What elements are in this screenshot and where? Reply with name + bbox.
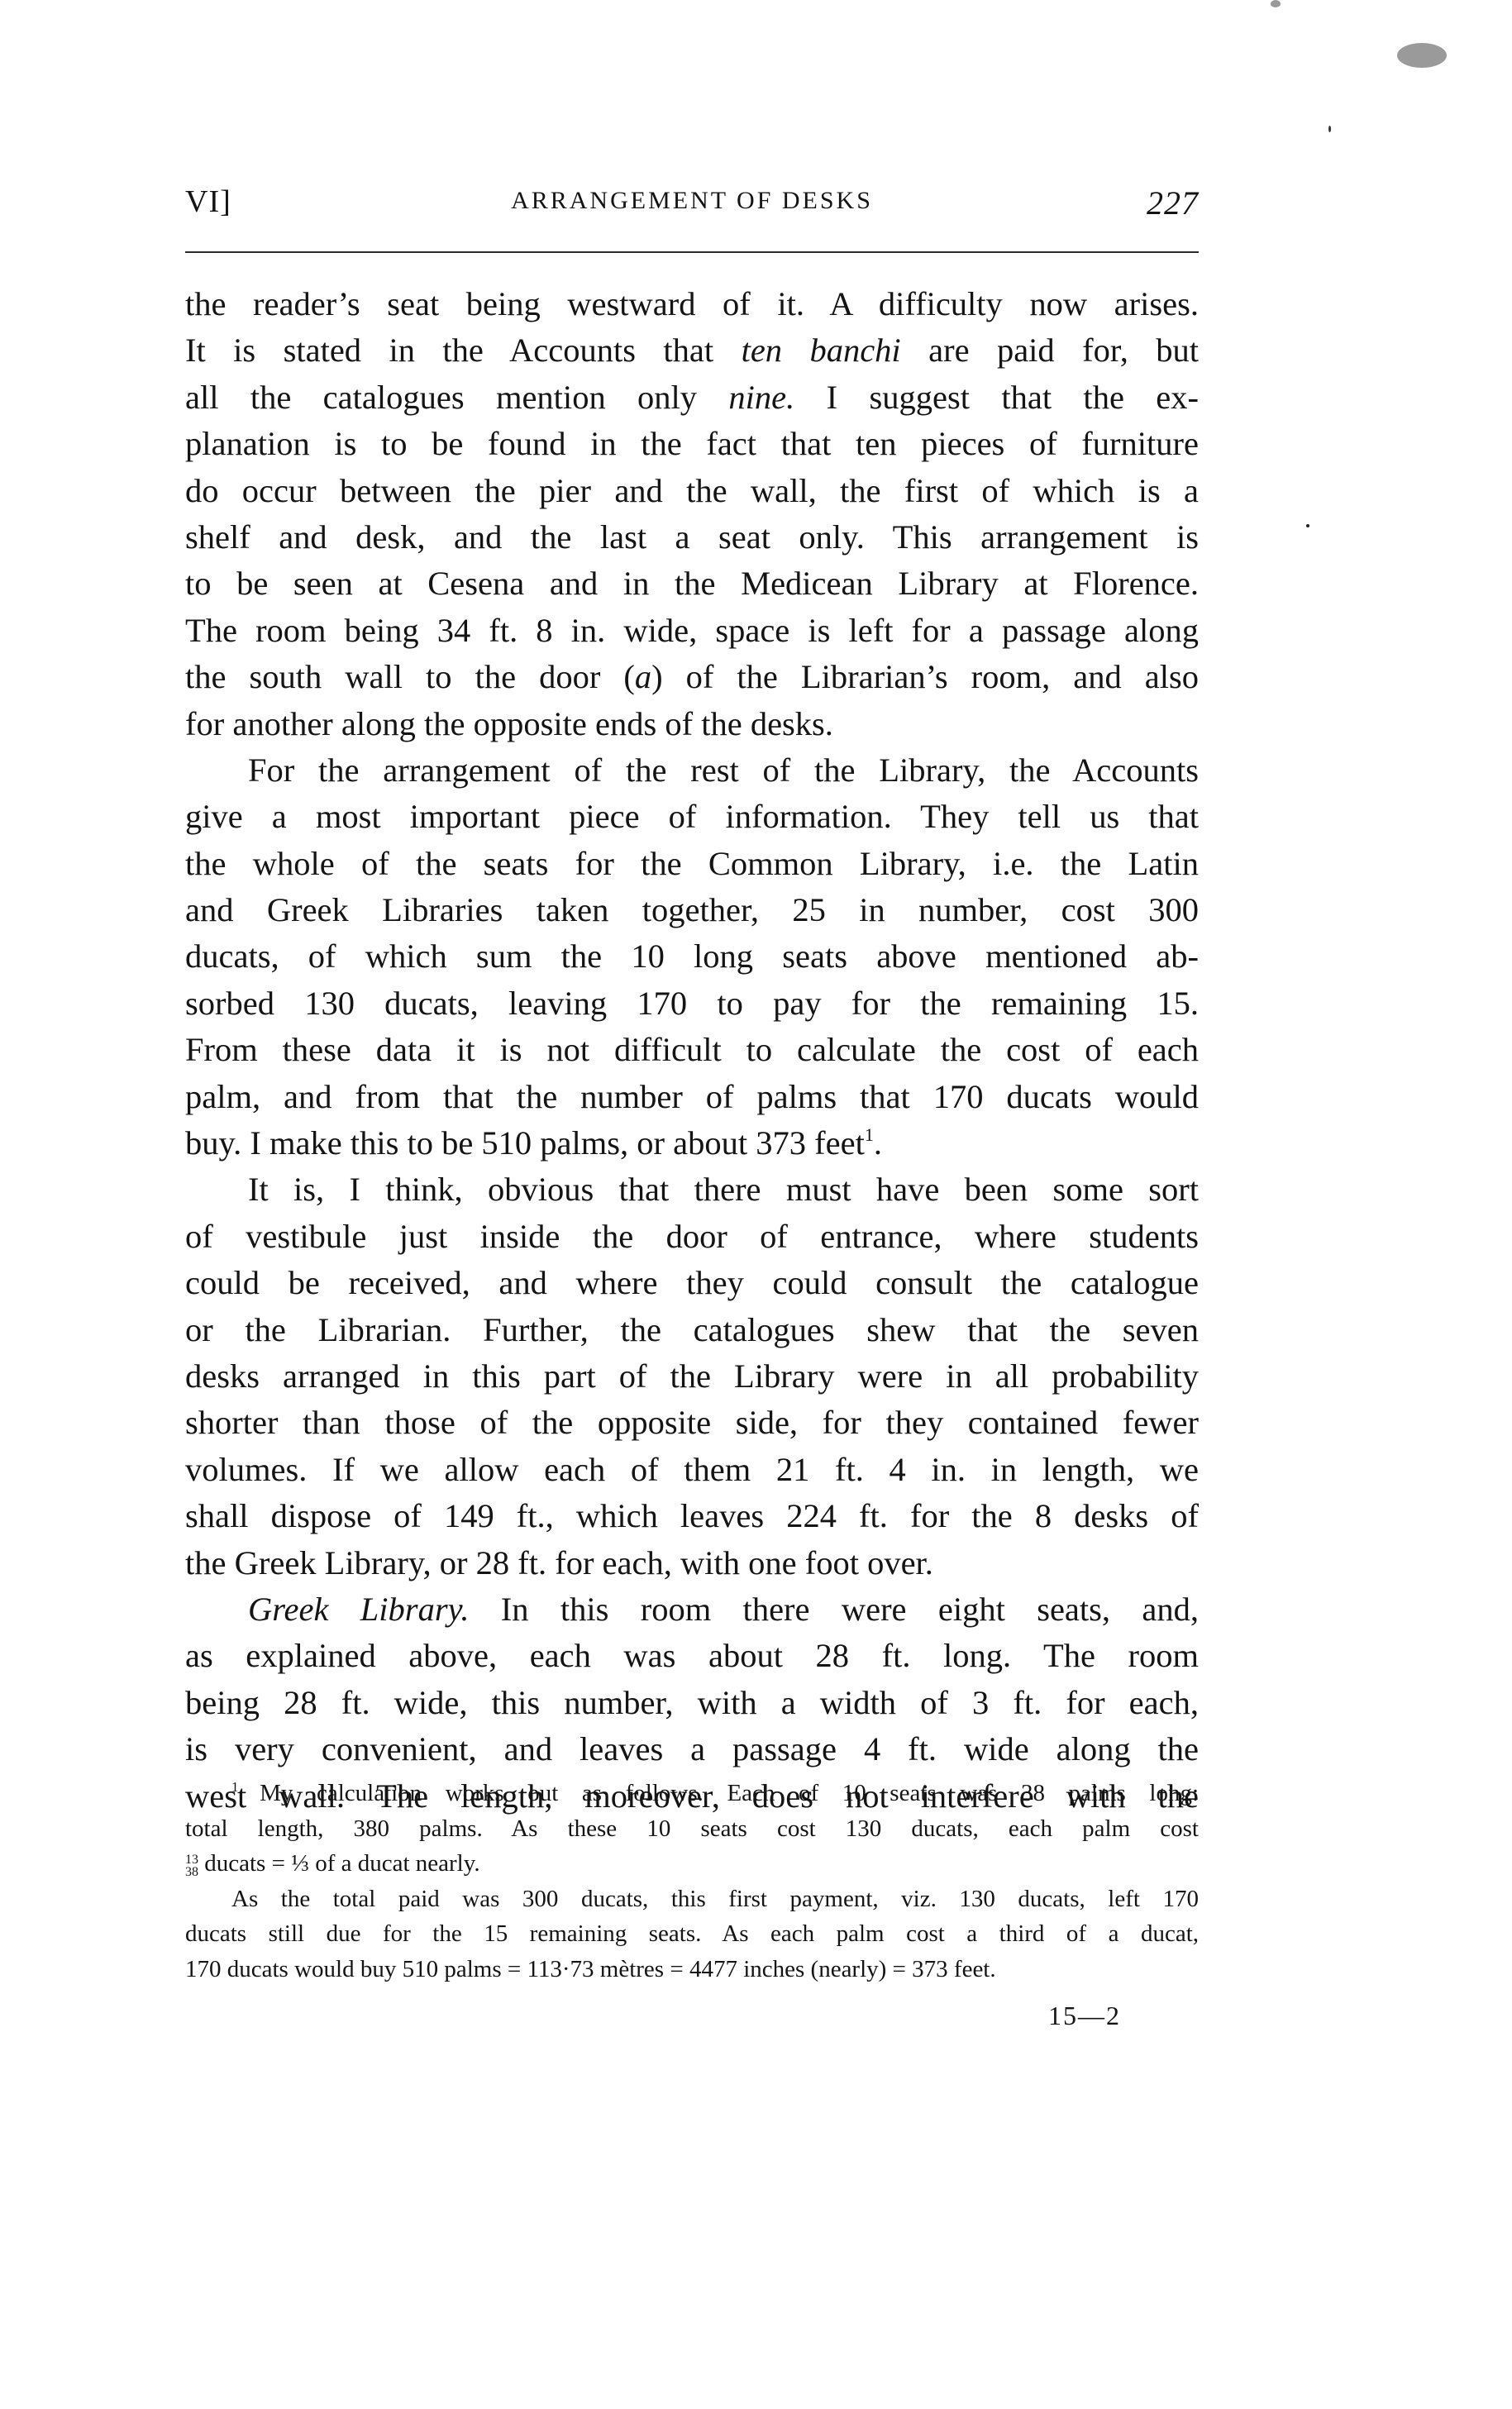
text-line: palm, and from that the number of palms … bbox=[185, 1074, 1199, 1120]
text-line: shorter than those of the opposite side,… bbox=[185, 1400, 1199, 1446]
paragraph: the reader’s seat being westward of it. … bbox=[185, 281, 1199, 747]
text-line: to be seen at Cesena and in the Medicean… bbox=[185, 561, 1199, 607]
italic-text: a bbox=[635, 658, 651, 695]
body-text: the reader’s seat being westward of it. … bbox=[185, 281, 1199, 1820]
text-line: the reader’s seat being westward of it. … bbox=[185, 281, 1199, 327]
text-line: the south wall to the door (a) of the Li… bbox=[185, 654, 1199, 700]
text-line: is very convenient, and leaves a passage… bbox=[185, 1726, 1199, 1772]
running-title: ARRANGEMENT OF DESKS bbox=[185, 187, 1199, 215]
text-line: the Greek Library, or 28 ft. for each, w… bbox=[185, 1540, 1199, 1586]
text-line: give a most important piece of informati… bbox=[185, 794, 1199, 840]
scan-speck bbox=[1271, 0, 1281, 7]
text-line: desks arranged in this part of the Libra… bbox=[185, 1353, 1199, 1400]
text-line: planation is to be found in the fact tha… bbox=[185, 421, 1199, 467]
text-line: shelf and desk, and the last a seat only… bbox=[185, 514, 1199, 561]
text-line: as explained above, each was about 28 ft… bbox=[185, 1633, 1199, 1679]
paragraph: It is, I think, obvious that there must … bbox=[185, 1166, 1199, 1586]
text-line: or the Librarian. Further, the catalogue… bbox=[185, 1307, 1199, 1353]
scan-speck bbox=[1397, 43, 1447, 68]
text-line: It is, I think, obvious that there must … bbox=[185, 1166, 1199, 1213]
page-number: 227 bbox=[1147, 184, 1199, 222]
fraction: 1338 bbox=[185, 1853, 198, 1878]
footnotes: 1 My calculation works out as follows. E… bbox=[185, 1776, 1199, 1987]
footnote: As the total paid was 300 ducats, this f… bbox=[185, 1882, 1199, 1987]
footnote-reference[interactable]: 1 bbox=[865, 1124, 874, 1145]
text-line: the whole of the seats for the Common Li… bbox=[185, 841, 1199, 887]
footnote-line: total length, 380 palms. As these 10 sea… bbox=[185, 1811, 1199, 1847]
text-line: The room being 34 ft. 8 in. wide, space … bbox=[185, 608, 1199, 654]
text-line: It is stated in the Accounts that ten ba… bbox=[185, 327, 1199, 374]
text-line: of vestibule just inside the door of ent… bbox=[185, 1214, 1199, 1260]
footnote-line: As the total paid was 300 ducats, this f… bbox=[185, 1882, 1199, 1917]
text-line: Greek Library. In this room there were e… bbox=[185, 1586, 1199, 1633]
text-line: ducats, of which sum the 10 long seats a… bbox=[185, 933, 1199, 980]
text-line: for another along the opposite ends of t… bbox=[185, 701, 1199, 747]
italic-text: ten banchi bbox=[742, 332, 901, 369]
footnote-line: ducats still due for the 15 remaining se… bbox=[185, 1916, 1199, 1952]
footnote: 1 My calculation works out as follows. E… bbox=[185, 1776, 1199, 1882]
footnote-line: 1 My calculation works out as follows. E… bbox=[185, 1776, 1199, 1811]
paragraph: For the arrangement of the rest of the L… bbox=[185, 747, 1199, 1167]
text-line: all the catalogues mention only nine. I … bbox=[185, 374, 1199, 421]
text-line: being 28 ft. wide, this number, with a w… bbox=[185, 1680, 1199, 1726]
book-page: VI] ARRANGEMENT OF DESKS 227 the reader’… bbox=[0, 0, 1512, 2409]
footnote-line: 170 ducats would buy 510 palms = 113·73 … bbox=[185, 1952, 1199, 1987]
text-line: For the arrangement of the rest of the L… bbox=[185, 747, 1199, 794]
text-line: buy. I make this to be 510 palms, or abo… bbox=[185, 1120, 1199, 1166]
italic-text: Greek Library. bbox=[248, 1591, 469, 1628]
footnote-marker: 1 bbox=[231, 1779, 260, 1795]
header-rule bbox=[185, 251, 1199, 253]
text-line: sorbed 130 ducats, leaving 170 to pay fo… bbox=[185, 980, 1199, 1027]
text-line: could be received, and where they could … bbox=[185, 1260, 1199, 1306]
running-header: VI] ARRANGEMENT OF DESKS 227 bbox=[185, 184, 1199, 225]
text-line: volumes. If we allow each of them 21 ft.… bbox=[185, 1447, 1199, 1493]
footnote-line: 1338 ducats = ⅓ of a ducat nearly. bbox=[185, 1846, 1199, 1882]
text-line: shall dispose of 149 ft., which leaves 2… bbox=[185, 1493, 1199, 1539]
text-line: From these data it is not difficult to c… bbox=[185, 1027, 1199, 1073]
text-line: and Greek Libraries taken together, 25 i… bbox=[185, 887, 1199, 933]
text-line: do occur between the pier and the wall, … bbox=[185, 468, 1199, 514]
scan-speck bbox=[1328, 126, 1331, 132]
scan-speck bbox=[1306, 524, 1309, 527]
signature-mark: 15—2 bbox=[1048, 2001, 1121, 2031]
italic-text: nine. bbox=[728, 379, 794, 416]
